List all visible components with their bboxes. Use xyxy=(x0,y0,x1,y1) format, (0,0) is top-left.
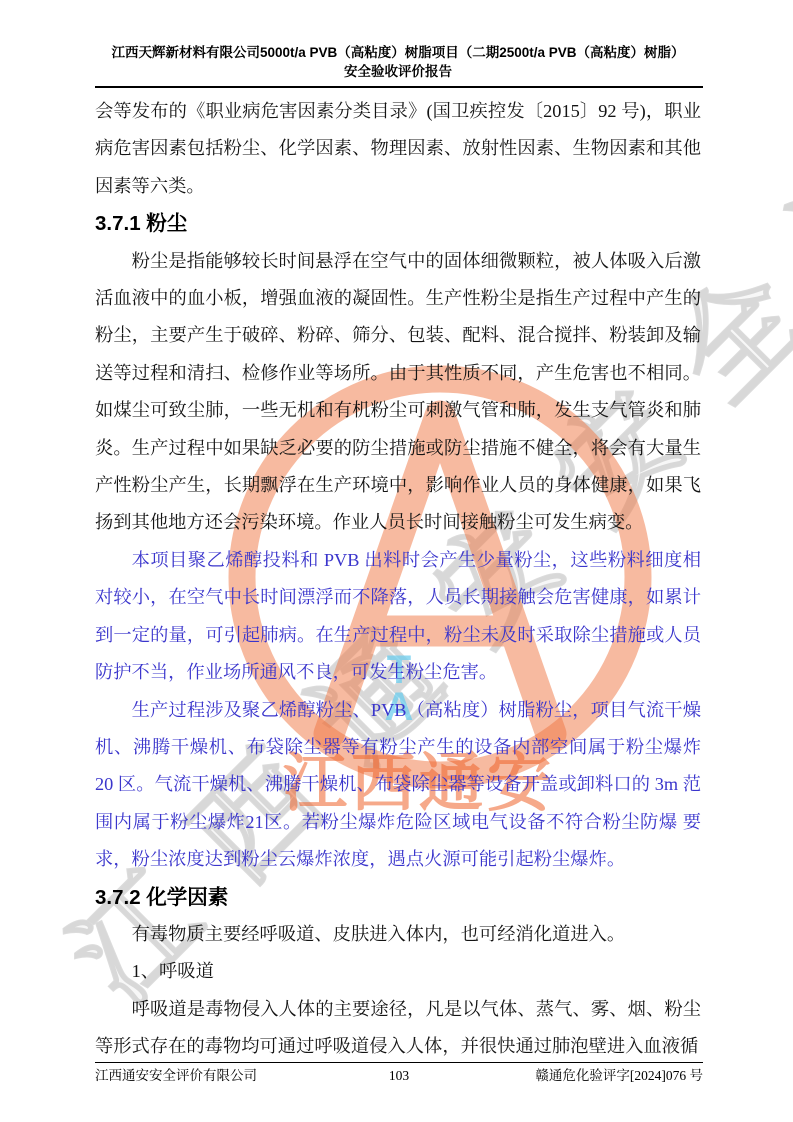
paragraph-continued: 会等发布的《职业病危害因素分类目录》(国卫疾控发〔2015〕92 号)，职业病危… xyxy=(95,93,701,205)
report-page: 江西通安安全评价有限公司 TA 江西通安 江西天辉新材料有限公司5000t/a … xyxy=(0,0,793,1122)
page-footer: 江西通安安全评价有限公司 103 赣通危化验评字[2024]076 号 xyxy=(95,1066,703,1086)
page-header: 江西天辉新材料有限公司5000t/a PVB（高粘度）树脂项目（二期2500t/… xyxy=(88,43,708,81)
footer-rule xyxy=(95,1062,703,1063)
paragraph-respiratory-detail: 呼吸道是毒物侵入人体的主要途径，凡是以气体、蒸气、雾、烟、粉尘等形式存在的毒物均… xyxy=(95,991,701,1066)
section-heading-3-7-2: 3.7.2 化学因素 xyxy=(95,879,701,916)
body-content: 会等发布的《职业病危害因素分类目录》(国卫疾控发〔2015〕92 号)，职业病危… xyxy=(95,93,701,1066)
section-heading-3-7-1: 3.7.1 粉尘 xyxy=(95,205,701,242)
footer-doc-number: 赣通危化验评字[2024]076 号 xyxy=(535,1066,703,1086)
list-item-respiratory-tract: 1、呼吸道 xyxy=(95,953,701,990)
document-layer: 江西天辉新材料有限公司5000t/a PVB（高粘度）树脂项目（二期2500t/… xyxy=(0,0,793,1122)
paragraph-toxic-routes: 有毒物质主要经呼吸道、皮肤进入体内，也可经消化道进入。 xyxy=(95,916,701,953)
paragraph-dust-explosion-zones: 生产过程涉及聚乙烯醇粉尘、PVB（高粘度）树脂粉尘，项目气流干燥机、沸腾干燥机、… xyxy=(95,692,701,879)
header-title-line2: 安全验收评价报告 xyxy=(88,62,708,81)
paragraph-dust-general: 粉尘是指能够较长时间悬浮在空气中的固体细微颗粒，被人体吸入后激活血液中的血小板，… xyxy=(95,243,701,542)
paragraph-project-dust: 本项目聚乙烯醇投料和 PVB 出料时会产生少量粉尘，这些粉料细度相对较小，在空气… xyxy=(95,542,701,692)
header-title-line1: 江西天辉新材料有限公司5000t/a PVB（高粘度）树脂项目（二期2500t/… xyxy=(88,43,708,62)
header-rule xyxy=(95,86,703,88)
